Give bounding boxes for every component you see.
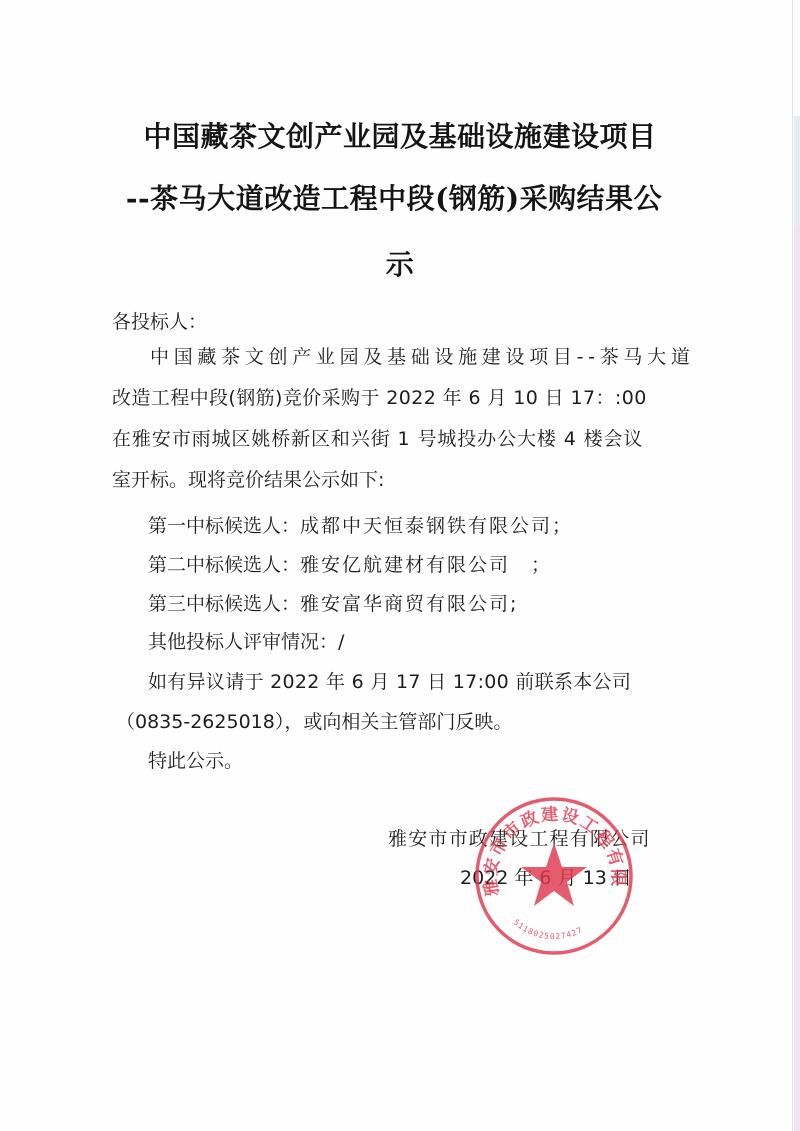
paragraph-line: 在雅安市雨城区姚桥新区和兴街 1 号城投办公大楼 4 楼会议 — [112, 427, 643, 451]
document-page: 中国藏茶文创产业园及基础设施建设项目 --茶马大道改造工程中段(钢筋)采购结果公… — [0, 0, 800, 1131]
candidate-name: 雅安亿航建材有限公司 ； — [300, 554, 552, 576]
salutation: 各投标人： — [112, 310, 207, 334]
objection-line: 如有异议请于 2022 年 6 月 17 日 17:00 前联系本公司 — [148, 670, 631, 694]
candidate-label: 第一中标候选人： — [148, 515, 300, 537]
document-title-line-2: --茶马大道改造工程中段(钢筋)采购结果公 — [0, 182, 794, 216]
candidate-second: 第二中标候选人：雅安亿航建材有限公司 ； — [148, 553, 552, 577]
signature-company: 雅安市市政建设工程有限公司 — [388, 827, 651, 851]
candidate-name: 雅安富华商贸有限公司; — [300, 593, 518, 615]
paragraph-line: 改造工程中段(钢筋)竞价采购于 2022 年 6 月 10 日 17：:00 — [112, 386, 647, 410]
scan-edge-strip — [794, 226, 800, 1131]
candidate-label: 第三中标候选人： — [148, 593, 300, 615]
candidate-third: 第三中标候选人：雅安富华商贸有限公司; — [148, 592, 518, 616]
paragraph-line: 室开标。现将竞价结果公示如下: — [112, 468, 384, 492]
candidate-name: 成都中天恒泰钢铁有限公司； — [300, 515, 573, 537]
others-review: 其他投标人评审情况：/ — [148, 630, 344, 654]
closing-remark: 特此公示。 — [148, 749, 243, 773]
candidate-label: 第二中标候选人： — [148, 554, 300, 576]
objection-line: （0835-2625018），或向相关主管部门反映。 — [116, 710, 512, 734]
candidate-first: 第一中标候选人：成都中天恒泰钢铁有限公司； — [148, 514, 573, 538]
seal-code-text: 5118025027427 — [512, 918, 585, 942]
svg-text:5118025027427: 5118025027427 — [512, 918, 585, 942]
document-title-line-1: 中国藏茶文创产业园及基础设施建设项目 — [0, 120, 800, 154]
signature-date: 2022 年 6 月 13 日 — [460, 866, 632, 890]
paragraph-line: 中国藏茶文创产业园及基础设施建设项目--茶马大道 — [150, 345, 695, 369]
scan-edge-line — [792, 0, 793, 1131]
document-title-line-3: 示 — [0, 248, 800, 282]
